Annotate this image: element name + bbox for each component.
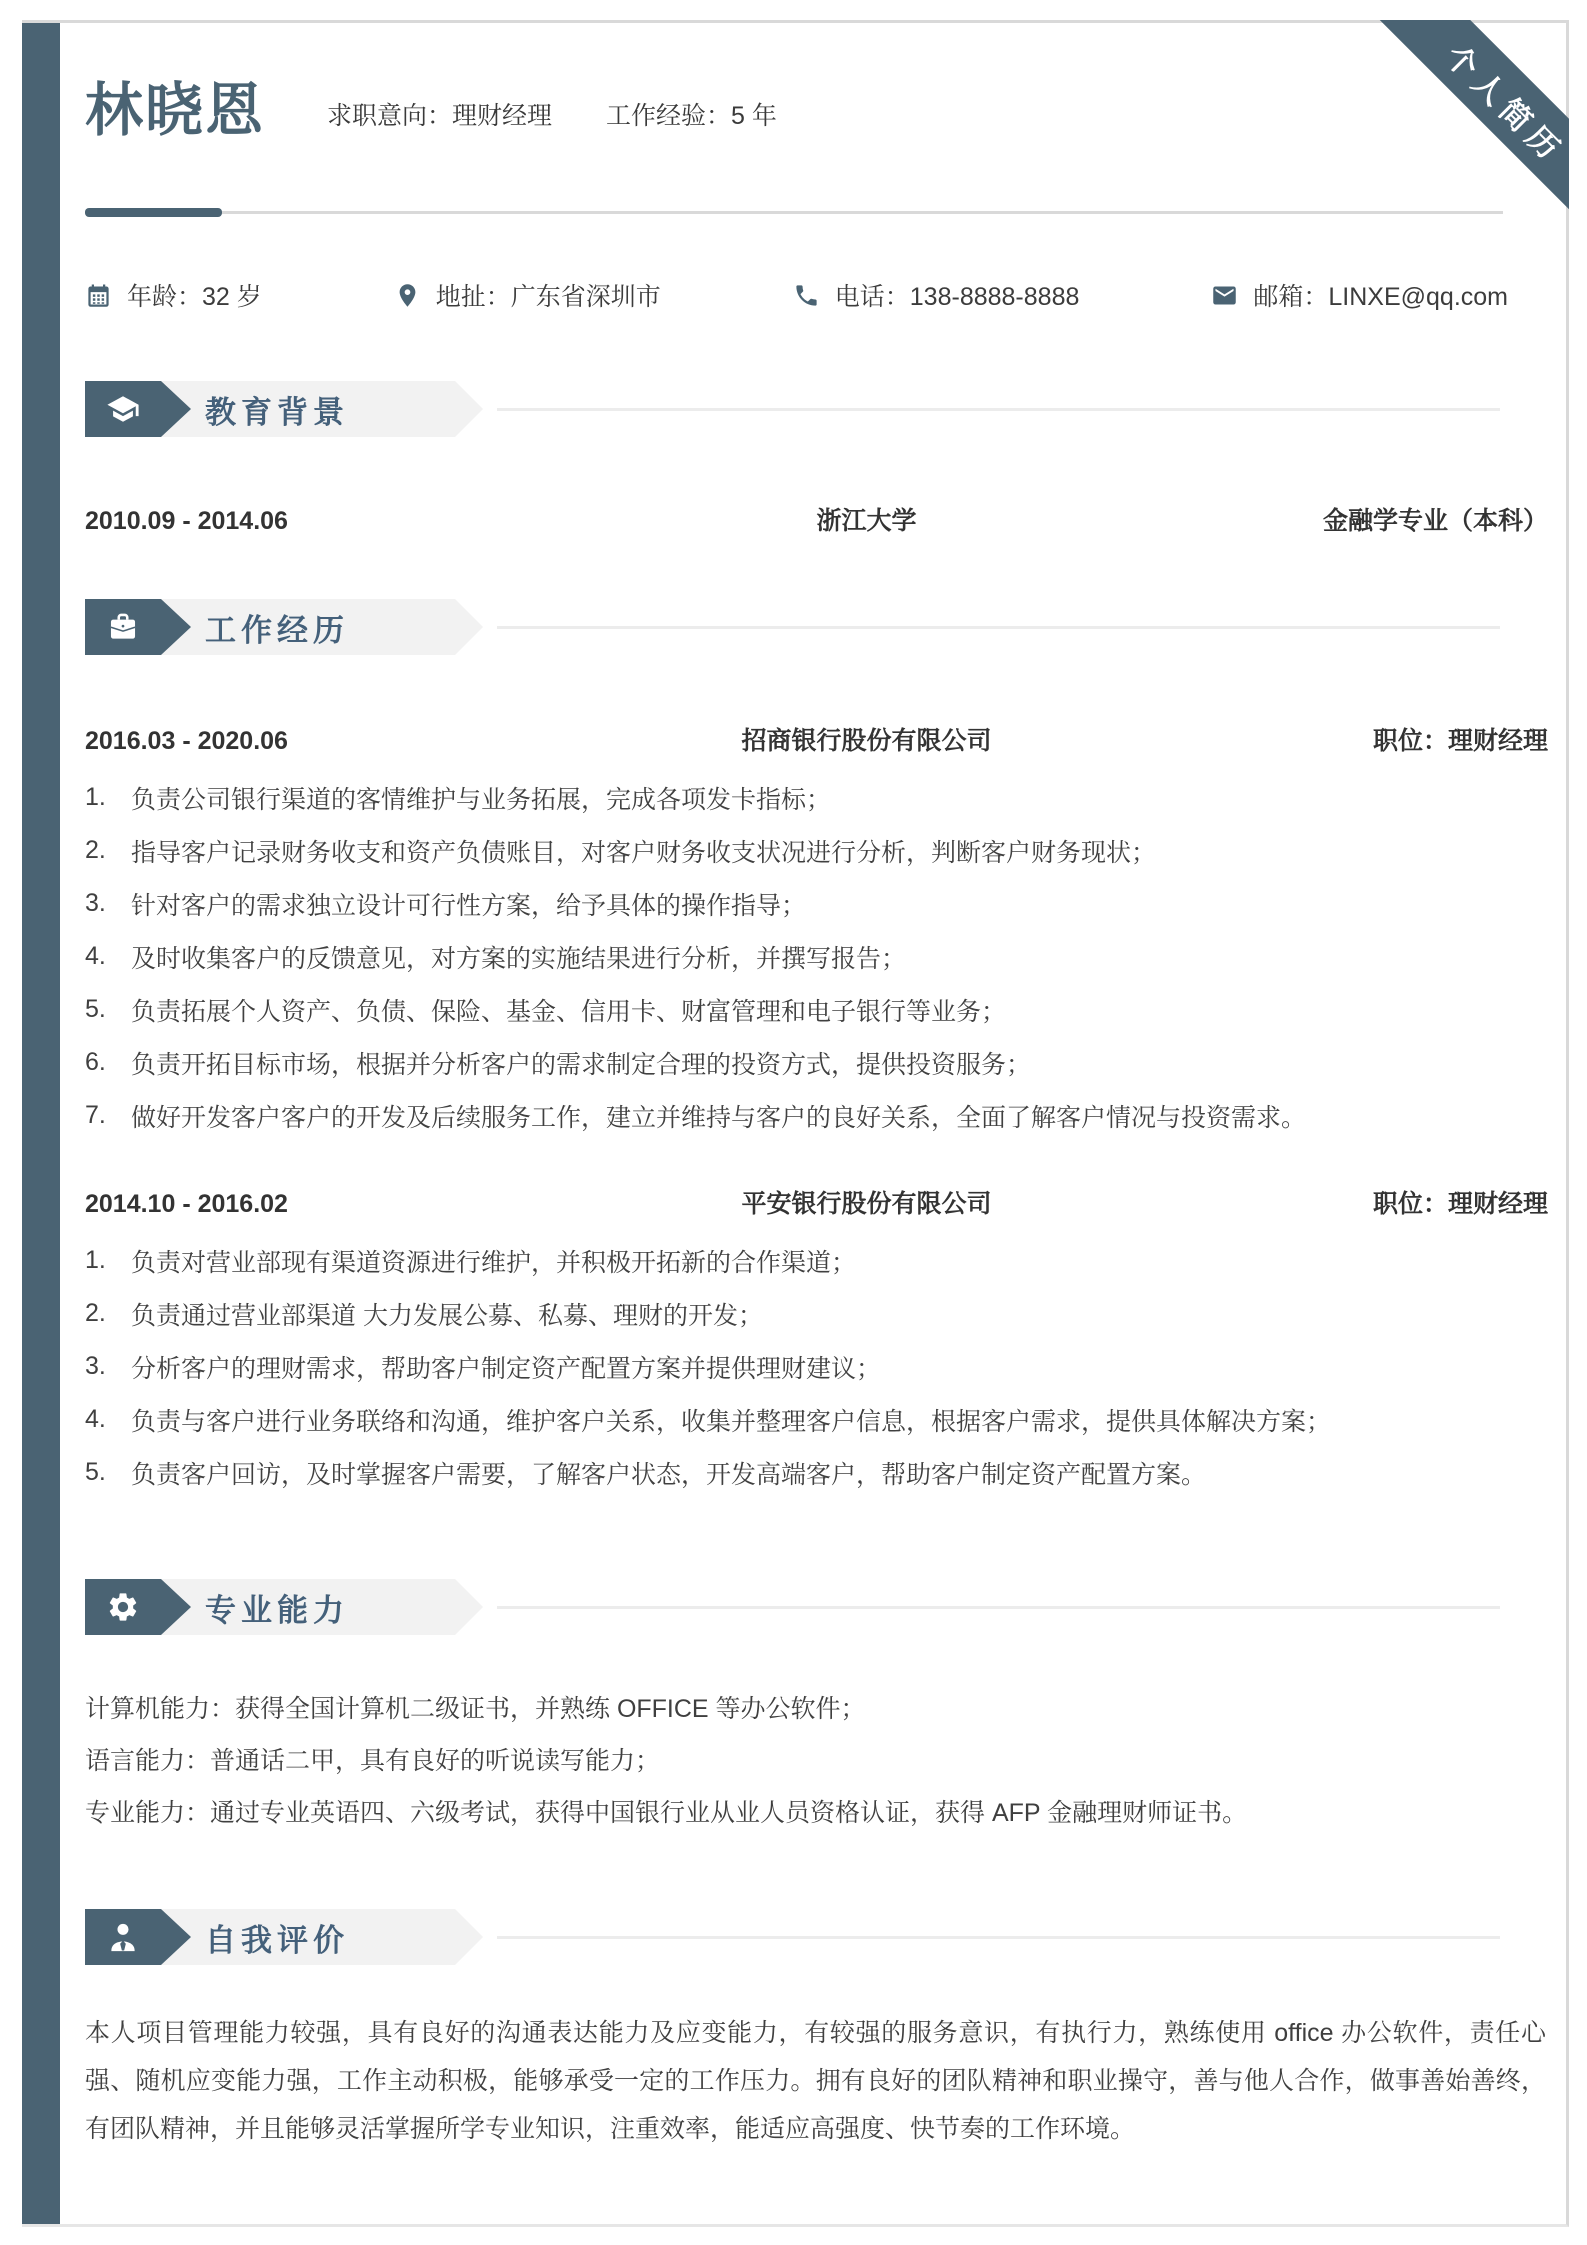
section-header-evaluation: 自我评价 <box>85 1909 1548 1965</box>
contact-age-text: 年龄：32 岁 <box>127 277 262 313</box>
duty-text: 负责对营业部现有渠道资源进行维护，并积极开拓新的合作渠道； <box>131 1243 856 1279</box>
resume-content: 林晓恩 求职意向：理财经理 工作经验：5 年 年龄：32 岁 地扯：广东省深圳市 <box>85 0 1548 2153</box>
section-title-work: 工作经历 <box>205 599 349 655</box>
job-position: 职位：理财经理 <box>1218 1184 1548 1220</box>
skill-item: 计算机能力：获得全国计算机二级证书，并熟练 OFFICE 等办公软件； <box>85 1681 1548 1733</box>
skill-item: 语言能力：普通话二甲，具有良好的听说读写能力； <box>85 1733 1548 1785</box>
education-major: 金融学专业（本科） <box>1218 501 1548 537</box>
contact-address-text: 地扯：广东省深圳市 <box>436 277 661 313</box>
duty-item: 负责客户回访，及时掌握客户需要，了解客户状态，开发高端客户，帮助客户制定资产配置… <box>85 1446 1548 1499</box>
duty-text: 针对客户的需求独立设计可行性方案，给予具体的操作指导； <box>131 886 806 922</box>
contact-phone: 电话：138-8888-8888 <box>793 277 1080 313</box>
location-icon <box>394 282 421 309</box>
graduation-cap-icon <box>106 392 140 426</box>
duty-item: 针对客户的需求独立设计可行性方案，给予具体的操作指导； <box>85 877 1548 930</box>
job-intent: 求职意向：理财经理 <box>327 96 552 132</box>
duty-item: 做好开发客户客户的开发及后续服务工作，建立并维持与客户的良好关系，全面了解客户情… <box>85 1089 1548 1142</box>
self-evaluation-text: 本人项目管理能力较强，具有良好的沟通表达能力及应变能力，有较强的服务意识，有执行… <box>85 2009 1548 2153</box>
duty-text: 负责公司银行渠道的客情维护与业务拓展，完成各项发卡指标； <box>131 780 831 816</box>
duty-text: 指导客户记录财务收支和资产负债账目，对客户财务收支状况进行分析，判断客户财务现状… <box>131 833 1156 869</box>
duty-item: 负责开拓目标市场，根据并分析客户的需求制定合理的投资方式，提供投资服务； <box>85 1036 1548 1089</box>
duty-item: 及时收集客户的反馈意见，对方案的实施结果进行分析，并撰写报告； <box>85 930 1548 983</box>
mail-icon <box>1211 282 1238 309</box>
section-line <box>497 1936 1500 1939</box>
duty-item: 负责拓展个人资产、负债、保险、基金、信用卡、财富管理和电子银行等业务； <box>85 983 1548 1036</box>
job-company: 平安银行股份有限公司 <box>515 1184 1218 1220</box>
duty-item: 指导客户记录财务收支和资产负债账目，对客户财务收支状况进行分析，判断客户财务现状… <box>85 824 1548 877</box>
duty-text: 负责开拓目标市场，根据并分析客户的需求制定合理的投资方式，提供投资服务； <box>131 1045 1031 1081</box>
job-period: 2014.10 - 2016.02 <box>85 1190 515 1219</box>
job-position: 职位：理财经理 <box>1218 721 1548 757</box>
contact-phone-text: 电话：138-8888-8888 <box>835 277 1080 313</box>
contact-age: 年龄：32 岁 <box>85 277 262 313</box>
duty-text: 负责通过营业部渠道 大力发展公募、私募、理财的开发； <box>131 1296 763 1332</box>
contact-row: 年龄：32 岁 地扯：广东省深圳市 电话：138-8888-8888 邮箱：LI… <box>85 277 1548 313</box>
skills-block: 计算机能力：获得全国计算机二级证书，并熟练 OFFICE 等办公软件； 语言能力… <box>85 1681 1548 1837</box>
header-divider <box>85 208 1548 217</box>
contact-email-text: 邮箱：LINXE@qq.com <box>1253 277 1508 313</box>
duty-item: 负责公司银行渠道的客情维护与业务拓展，完成各项发卡指标； <box>85 771 1548 824</box>
phone-icon <box>793 282 820 309</box>
duty-item: 负责与客户进行业务联络和沟通，维护客户关系，收集并整理客户信息，根据客户需求，提… <box>85 1393 1548 1446</box>
duty-text: 负责与客户进行业务联络和沟通，维护客户关系，收集并整理客户信息，根据客户需求，提… <box>131 1402 1331 1438</box>
section-line <box>497 626 1500 629</box>
person-name: 林晓恩 <box>85 82 265 140</box>
duty-text: 分析客户的理财需求，帮助客户制定资产配置方案并提供理财建议； <box>131 1349 881 1385</box>
job-duty-list: 负责公司银行渠道的客情维护与业务拓展，完成各项发卡指标； 指导客户记录财务收支和… <box>85 771 1548 1142</box>
duty-item: 分析客户的理财需求，帮助客户制定资产配置方案并提供理财建议； <box>85 1340 1548 1393</box>
duty-text: 及时收集客户的反馈意见，对方案的实施结果进行分析，并撰写报告； <box>131 939 906 975</box>
duty-item: 负责对营业部现有渠道资源进行维护，并积极开拓新的合作渠道； <box>85 1234 1548 1287</box>
section-line <box>497 408 1500 411</box>
job-header-row: 2016.03 - 2020.06 招商银行股份有限公司 职位：理财经理 <box>85 721 1548 757</box>
person-icon <box>106 1920 140 1954</box>
education-school: 浙江大学 <box>515 501 1218 537</box>
section-line <box>497 1606 1500 1609</box>
skill-item: 专业能力：通过专业英语四、六级考试，获得中国银行业从业人员资格认证，获得 AFP… <box>85 1785 1548 1837</box>
education-period: 2010.09 - 2014.06 <box>85 507 515 536</box>
left-accent-bar <box>22 20 60 2227</box>
calendar-icon <box>85 282 112 309</box>
section-title-education: 教育背景 <box>205 381 349 437</box>
job-company: 招商银行股份有限公司 <box>515 721 1218 757</box>
divider-line <box>85 211 1503 214</box>
duty-text: 负责拓展个人资产、负债、保险、基金、信用卡、财富管理和电子银行等业务； <box>131 992 1006 1028</box>
briefcase-icon <box>106 610 140 644</box>
job-header-row: 2014.10 - 2016.02 平安银行股份有限公司 职位：理财经理 <box>85 1184 1548 1220</box>
section-header-skills: 专业能力 <box>85 1579 1548 1635</box>
work-experience: 工作经验：5 年 <box>606 96 777 132</box>
duty-text: 做好开发客户客户的开发及后续服务工作，建立并维持与客户的良好关系，全面了解客户情… <box>131 1098 1306 1134</box>
job-duty-list: 负责对营业部现有渠道资源进行维护，并积极开拓新的合作渠道； 负责通过营业部渠道 … <box>85 1234 1548 1499</box>
education-row: 2010.09 - 2014.06 浙江大学 金融学专业（本科） <box>85 501 1548 537</box>
gear-icon <box>106 1590 140 1624</box>
contact-address: 地扯：广东省深圳市 <box>394 277 661 313</box>
divider-accent-segment <box>85 208 222 217</box>
header-row: 林晓恩 求职意向：理财经理 工作经验：5 年 <box>85 64 1548 140</box>
duty-item: 负责通过营业部渠道 大力发展公募、私募、理财的开发； <box>85 1287 1548 1340</box>
duty-text: 负责客户回访，及时掌握客户需要，了解客户状态，开发高端客户，帮助客户制定资产配置… <box>131 1455 1206 1491</box>
section-header-work: 工作经历 <box>85 599 1548 655</box>
section-header-education: 教育背景 <box>85 381 1548 437</box>
section-title-skills: 专业能力 <box>205 1579 349 1635</box>
section-title-evaluation: 自我评价 <box>205 1909 349 1965</box>
job-period: 2016.03 - 2020.06 <box>85 727 515 756</box>
contact-email: 邮箱：LINXE@qq.com <box>1211 277 1508 313</box>
